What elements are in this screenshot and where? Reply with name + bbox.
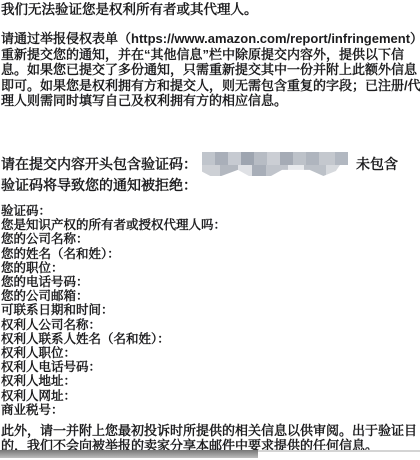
field-label-business-tax-id: 商业税号： xyxy=(1,403,420,417)
field-label-rights-owner-title: 权利人职位： xyxy=(1,346,420,360)
field-label-your-phone: 您的电话号码： xyxy=(1,275,420,289)
field-label-rights-owner-contact-name: 权利人联系人姓名（名和姓）： xyxy=(1,332,420,346)
redacted-verification-code xyxy=(202,152,348,176)
field-label-rights-owner-website: 权利人网址： xyxy=(1,389,420,403)
field-label-company-email: 您的公司邮箱： xyxy=(1,289,420,303)
field-label-your-title: 您的职位： xyxy=(1,261,420,275)
notice-screenshot: { "colors": { "background": "#ffffff", "… xyxy=(0,0,420,460)
bottom-bar-fragment xyxy=(0,450,258,458)
notice-document: 我们无法验证您是权利所有者或其代理人。 请通过举报侵权表单（https://ww… xyxy=(0,0,420,454)
field-label-your-name: 您的姓名（名和姓）： xyxy=(1,247,420,261)
field-label-owner-or-agent: 您是知识产权的所有者或授权代理人吗： xyxy=(1,218,420,232)
paragraph-verification-requirement: 请在提交内容开头包含验证码：未包含验证码将导致您的通知被拒绝： xyxy=(1,152,409,195)
redaction-mosaic-row xyxy=(202,152,348,165)
verification-prefix-text: 请在提交内容开头包含验证码： xyxy=(1,156,197,172)
field-label-company-name: 您的公司名称： xyxy=(1,232,420,246)
paragraph-unverified: 我们无法验证您是权利所有者或其代理人。 xyxy=(1,2,420,18)
field-label-rights-owner-address: 权利人地址： xyxy=(1,374,420,388)
field-label-rights-owner-phone: 权利人电话号码： xyxy=(1,360,420,374)
field-label-rights-owner-company: 权利人公司名称： xyxy=(1,318,420,332)
paragraph-resubmit-instructions: 请通过举报侵权表单（https://www.amazon.com/report/… xyxy=(1,31,420,109)
field-label-contact-datetime: 可联系日期和时间： xyxy=(1,303,420,317)
field-label-verification-code: 验证码： xyxy=(1,204,420,218)
redaction-mosaic-row xyxy=(202,165,340,176)
required-fields-list: 验证码： 您是知识产权的所有者或授权代理人吗： 您的公司名称： 您的姓名（名和姓… xyxy=(1,204,420,417)
